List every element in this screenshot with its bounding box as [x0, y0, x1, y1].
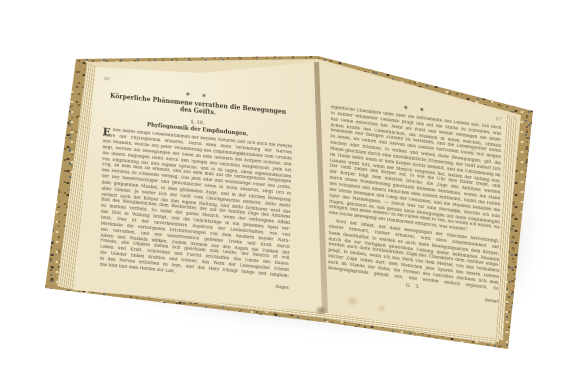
right-body-paragraph-1: eigentliche Charaktere üben über die Inſ… [329, 105, 502, 232]
right-page-content: * * 87 eigentliche Charaktere üben über … [328, 95, 502, 306]
foxing-spot [470, 150, 476, 155]
foxing-spot [346, 296, 359, 306]
left-page-content: 86 * * Körperliche Phänomene verrathen d… [100, 77, 294, 292]
left-body-text: E ben dieſes innige Uebereinſtimmen der … [100, 127, 292, 279]
gutter-notch [313, 304, 329, 317]
foxing-spot [414, 252, 421, 258]
book-photograph: 86 * * Körperliche Phänomene verrathen d… [0, 0, 570, 387]
foxing-spot [152, 236, 162, 244]
foxing-spot [236, 150, 245, 157]
foxing-spot [378, 305, 386, 312]
foxing-spot [452, 208, 458, 214]
drop-cap: E [103, 127, 111, 139]
foxing-spot [402, 330, 409, 336]
right-page-number: 87 [496, 117, 502, 124]
